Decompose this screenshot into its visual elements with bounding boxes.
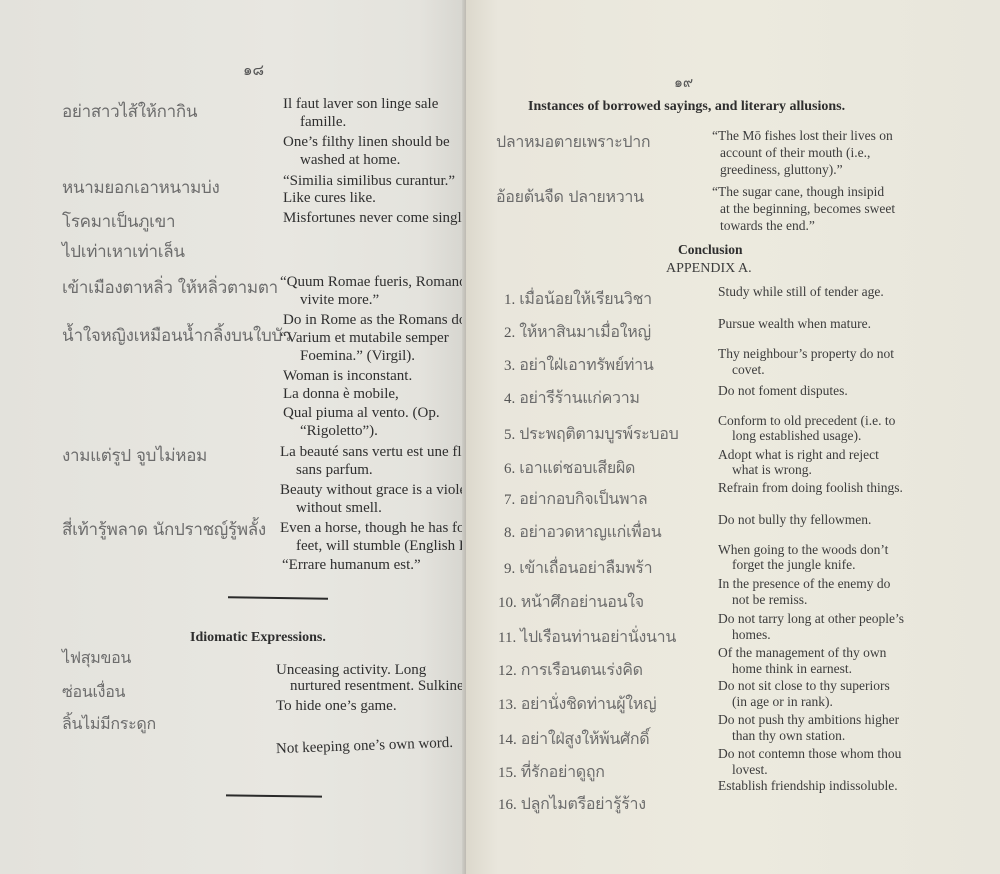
english-translation: (in age or in rank). bbox=[732, 694, 833, 710]
english-translation: famille. bbox=[300, 114, 346, 131]
appendix-item: 16. ปลูกไมตรีอย่ารู้ร้าง bbox=[498, 792, 646, 817]
english-translation: washed at home. bbox=[300, 152, 400, 169]
english-translation: Do not foment disputes. bbox=[718, 383, 848, 399]
english-translation: feet, will stumble (English Prov.) bbox=[296, 538, 466, 555]
thai-maxim: อย่ารีร้านแก่ความ bbox=[519, 388, 639, 407]
english-translation: One’s filthy linen should be bbox=[283, 134, 450, 151]
thai-saying: ปลาหมอตายเพราะปาก bbox=[496, 130, 650, 155]
english-translation: Pursue wealth when mature. bbox=[718, 316, 871, 332]
english-translation: account of their mouth (i.e., bbox=[720, 145, 870, 161]
english-translation: Do not tarry long at other people’s bbox=[718, 611, 904, 627]
item-number: 1. bbox=[504, 292, 515, 308]
english-translation: Do not contemn those whom thou bbox=[718, 746, 901, 762]
thai-maxim: ปลูกไมตรีอย่ารู้ร้าง bbox=[521, 794, 646, 813]
thai-maxim: หน้าศึกอย่านอนใจ bbox=[521, 592, 644, 611]
thai-maxim: ที่รักอย่าดูถูก bbox=[521, 762, 605, 781]
appendix-item: 5. ประพฤติตามบูรพ์ระบอบ bbox=[504, 422, 678, 447]
english-translation: Thy neighbour’s property do not bbox=[718, 346, 894, 362]
english-translation: what is wrong. bbox=[732, 462, 812, 478]
appendix-item: 1. เมื่อน้อยให้เรียนวิชา bbox=[504, 287, 652, 312]
thai-maxim: การเรือนตนเร่งคิด bbox=[521, 660, 643, 679]
english-translation: greediness, gluttony).” bbox=[720, 162, 843, 178]
english-translation: Adopt what is right and reject bbox=[718, 447, 879, 463]
english-translation: at the beginning, becomes sweet bbox=[720, 201, 895, 217]
english-translation: forget the jungle knife. bbox=[732, 557, 855, 573]
section-divider bbox=[228, 596, 328, 599]
page-number: ๑๙ bbox=[674, 72, 693, 94]
thai-idiom: ลิ้นไม่มีกระดูก bbox=[62, 712, 156, 737]
english-translation: La beauté sans vertu est une fleur bbox=[280, 444, 466, 461]
item-number: 7. bbox=[504, 492, 515, 508]
item-number: 11. bbox=[498, 630, 516, 646]
thai-maxim: เอาแต่ชอบเสียผิด bbox=[519, 458, 635, 477]
english-translation: home think in earnest. bbox=[732, 661, 852, 677]
appendix-item: 10. หน้าศึกอย่านอนใจ bbox=[498, 590, 644, 615]
appendix-item: 9. เข้าเถื่อนอย่าลืมพร้า bbox=[504, 556, 652, 581]
thai-proverb: หนามยอกเอาหนามบ่ง bbox=[62, 174, 219, 201]
english-translation: Qual piuma al vento. (Op. bbox=[283, 405, 440, 422]
english-translation: homes. bbox=[732, 627, 771, 643]
item-number: 5. bbox=[504, 427, 515, 443]
appendix-item: 2. ให้หาสินมาเมื่อใหญ่ bbox=[504, 320, 651, 345]
english-translation: Even a horse, though he has four bbox=[280, 520, 466, 537]
english-translation: “Rigoletto”). bbox=[300, 423, 378, 440]
thai-maxim: อย่าอวดหาญแก่เพื่อน bbox=[519, 522, 661, 541]
english-translation: Il faut laver son linge sale bbox=[283, 96, 438, 113]
english-translation: “Errare humanum est.” bbox=[282, 557, 421, 574]
english-translation: “The Mō fishes lost their lives on bbox=[712, 128, 893, 144]
item-number: 12. bbox=[498, 663, 517, 679]
english-translation: “Quum Romae fueris, Romano bbox=[280, 274, 466, 291]
thai-saying: อ้อยต้นจืด ปลายหวาน bbox=[496, 185, 644, 210]
english-translation: Unceasing activity. Long bbox=[276, 662, 426, 679]
english-translation: long established usage). bbox=[732, 428, 861, 444]
english-translation: Misfortunes never come singly bbox=[283, 210, 466, 227]
page-number: ๑๘ bbox=[243, 58, 264, 82]
english-translation: Do not bully thy fellowmen. bbox=[718, 512, 871, 528]
english-translation: Do not sit close to thy superiors bbox=[718, 678, 890, 694]
section-divider bbox=[226, 794, 322, 797]
english-translation: When going to the woods don’t bbox=[718, 542, 888, 558]
item-number: 8. bbox=[504, 525, 515, 541]
english-translation: lovest. bbox=[732, 762, 768, 778]
left-page: ๑๘ อย่าสาวไส้ให้กากิน Il faut laver son … bbox=[0, 0, 466, 874]
english-translation: nurtured resentment. Sulkiness bbox=[290, 678, 466, 695]
english-translation: Study while still of tender age. bbox=[718, 284, 884, 300]
thai-proverb: น้ำใจหญิงเหมือนน้ำกลิ้งบนใบบัว bbox=[62, 322, 291, 349]
english-translation: “Varium et mutabile semper bbox=[280, 330, 449, 347]
thai-maxim: อย่ากอบกิจเป็นพาล bbox=[519, 489, 647, 508]
english-translation: Of the management of thy own bbox=[718, 645, 886, 661]
thai-proverb: สี่เท้ารู้พลาด นักปราชญ์รู้พลั้ง bbox=[62, 516, 266, 543]
appendix-item: 4. อย่ารีร้านแก่ความ bbox=[504, 386, 640, 411]
english-translation: To hide one’s game. bbox=[276, 698, 397, 715]
appendix-item: 6. เอาแต่ชอบเสียผิด bbox=[504, 456, 635, 481]
appendix-item: 11. ไปเรือนท่านอย่านั่งนาน bbox=[498, 625, 676, 650]
thai-maxim: เมื่อน้อยให้เรียนวิชา bbox=[519, 289, 652, 308]
english-translation: Do not push thy ambitions higher bbox=[718, 712, 899, 728]
appendix-item: 15. ที่รักอย่าดูถูก bbox=[498, 760, 605, 785]
thai-idiom: ไฟสุมขอน bbox=[62, 646, 131, 671]
thai-proverb: งามแต่รูป จูบไม่หอม bbox=[62, 442, 207, 469]
appendix-item: 8. อย่าอวดหาญแก่เพื่อน bbox=[504, 520, 661, 545]
english-translation: La donna è mobile, bbox=[283, 386, 399, 403]
item-number: 6. bbox=[504, 461, 515, 477]
appendix-heading: APPENDIX A. bbox=[666, 261, 752, 277]
english-translation: Establish friendship indissoluble. bbox=[718, 778, 898, 794]
item-number: 14. bbox=[498, 732, 517, 748]
english-translation: covet. bbox=[732, 362, 765, 378]
item-number: 2. bbox=[504, 325, 515, 341]
english-translation: Refrain from doing foolish things. bbox=[718, 480, 903, 496]
english-translation: sans parfum. bbox=[296, 462, 373, 479]
appendix-item: 7. อย่ากอบกิจเป็นพาล bbox=[504, 487, 647, 512]
english-translation: without smell. bbox=[296, 500, 382, 517]
thai-maxim: อย่าใฝ่เอาทรัพย์ท่าน bbox=[519, 355, 653, 374]
english-translation: Like cures like. bbox=[283, 190, 376, 207]
appendix-item: 14. อย่าใฝ่สูงให้พ้นศักดิ์ bbox=[498, 727, 649, 752]
english-translation: Conform to old precedent (i.e. to bbox=[718, 413, 895, 429]
english-translation: In the presence of the enemy do bbox=[718, 576, 890, 592]
thai-proverb: อย่าสาวไส้ให้กากิน bbox=[62, 98, 197, 125]
thai-maxim: เข้าเถื่อนอย่าลืมพร้า bbox=[519, 558, 652, 577]
english-translation: Do in Rome as the Romans do bbox=[283, 312, 466, 329]
english-translation: towards the end.” bbox=[720, 218, 815, 234]
item-number: 4. bbox=[504, 391, 515, 407]
thai-maxim: ให้หาสินมาเมื่อใหญ่ bbox=[519, 322, 651, 341]
conclusion-heading: Conclusion bbox=[678, 242, 743, 258]
english-translation: Woman is inconstant. bbox=[283, 368, 412, 385]
english-translation: Foemina.” (Virgil). bbox=[300, 348, 415, 365]
thai-proverb: เข้าเมืองตาหลิ่ว ให้หลิ่วตามตา bbox=[62, 274, 278, 301]
item-number: 13. bbox=[498, 697, 517, 713]
section-heading: Idiomatic Expressions. bbox=[190, 630, 326, 646]
section-heading: Instances of borrowed sayings, and liter… bbox=[528, 99, 845, 115]
english-translation: than thy own station. bbox=[732, 728, 845, 744]
thai-maxim: อย่านั่งชิดท่านผู้ใหญ่ bbox=[521, 694, 657, 713]
thai-maxim: อย่าใฝ่สูงให้พ้นศักดิ์ bbox=[521, 729, 650, 748]
english-translation: Beauty without grace is a violet bbox=[280, 482, 466, 499]
item-number: 3. bbox=[504, 358, 515, 374]
thai-proverb: โรคมาเป็นภูเขา bbox=[62, 208, 175, 235]
thai-maxim: ประพฤติตามบูรพ์ระบอบ bbox=[519, 424, 678, 443]
right-page: ๑๙ Instances of borrowed sayings, and li… bbox=[466, 0, 1000, 874]
english-translation: Not keeping one’s own word. bbox=[276, 735, 454, 758]
item-number: 9. bbox=[504, 561, 515, 577]
thai-proverb: ไปเท่าเหาเท่าเล็น bbox=[62, 238, 185, 265]
english-translation: “The sugar cane, though insipid bbox=[712, 184, 884, 200]
thai-maxim: ไปเรือนท่านอย่านั่งนาน bbox=[520, 627, 676, 646]
item-number: 15. bbox=[498, 765, 517, 781]
english-translation: not be remiss. bbox=[732, 592, 807, 608]
item-number: 10. bbox=[498, 595, 517, 611]
item-number: 16. bbox=[498, 797, 517, 813]
appendix-item: 3. อย่าใฝ่เอาทรัพย์ท่าน bbox=[504, 353, 654, 378]
english-translation: vivite more.” bbox=[300, 292, 379, 309]
appendix-item: 13. อย่านั่งชิดท่านผู้ใหญ่ bbox=[498, 692, 656, 717]
thai-idiom: ซ่อนเงื่อน bbox=[62, 680, 125, 705]
appendix-item: 12. การเรือนตนเร่งคิด bbox=[498, 658, 643, 683]
english-translation: “Similia similibus curantur.” bbox=[283, 173, 455, 190]
